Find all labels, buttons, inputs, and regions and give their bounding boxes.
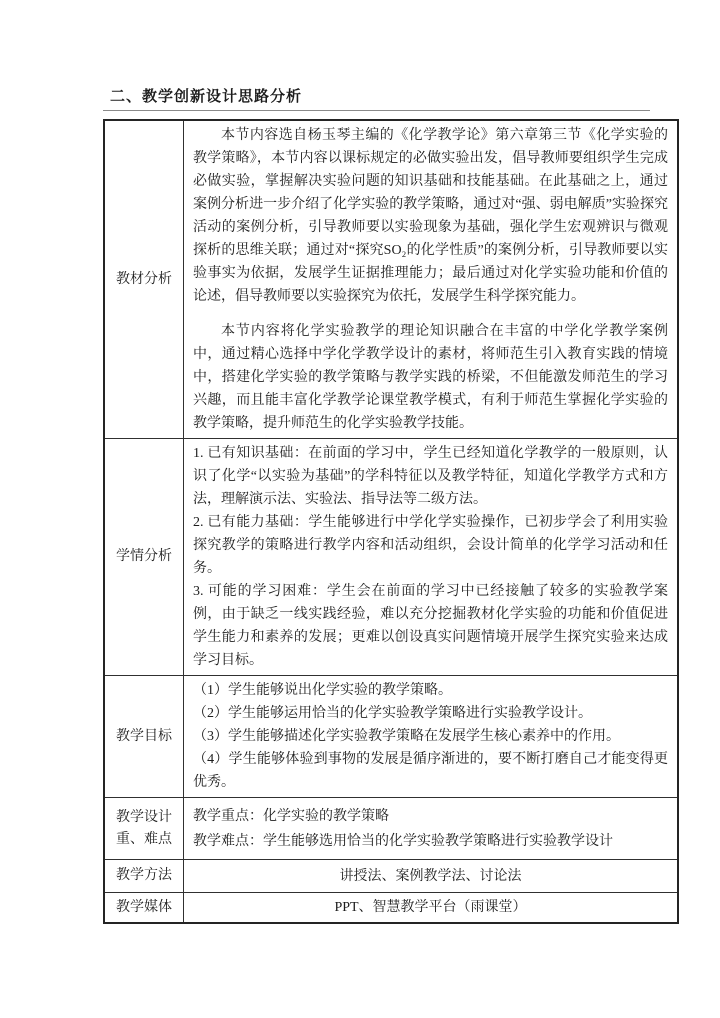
teaching-design-table: 教材分析 本节内容选自杨玉琴主编的《化学教学论》第六章第三节《化学实验的教学策略…	[103, 119, 679, 924]
row-label-learner-analysis: 学情分析	[104, 439, 184, 676]
key-points-label-line-2: 重、难点	[108, 829, 180, 851]
section-heading: 二、教学创新设计思路分析	[103, 85, 650, 111]
objective-item-4: （4）学生能够体验到事物的发展是循序渐进的，要不断打磨自己才能变得更优秀。	[193, 748, 668, 794]
row-label-media: 教学媒体	[104, 893, 184, 924]
row-label-material-analysis: 教材分析	[104, 120, 184, 439]
learner-analysis-item-3: 3. 可能的学习困难：学生会在前面的学习中已经接触了较多的实验教学案例，由于缺乏…	[193, 580, 668, 672]
teaching-difficulty-text: 教学难点：学生能够选用恰当的化学实验教学策略进行实验教学设计	[193, 829, 668, 854]
row-label-methods: 教学方法	[104, 860, 184, 893]
methods-value: 讲授法、案例教学法、讨论法	[184, 860, 679, 893]
learner-analysis-item-1: 1. 已有知识基础：在前面的学习中，学生已经知道化学教学的一般原则，认识了化学“…	[193, 442, 668, 511]
learner-analysis-cell: 1. 已有知识基础：在前面的学习中，学生已经知道化学教学的一般原则，认识了化学“…	[184, 439, 679, 676]
table-row-learner-analysis: 学情分析 1. 已有知识基础：在前面的学习中，学生已经知道化学教学的一般原则，认…	[104, 439, 678, 676]
table-row-methods: 教学方法 讲授法、案例教学法、讨论法	[104, 860, 678, 893]
learner-analysis-item-2: 2. 已有能力基础：学生能够进行中学化学实验操作，已初步学会了利用实验探究教学的…	[193, 511, 668, 580]
document-page: 二、教学创新设计思路分析 教材分析 本节内容选自杨玉琴主编的《化学教学论》第六章…	[0, 0, 720, 1018]
media-value: PPT、智慧教学平台（雨课堂）	[184, 893, 679, 924]
objective-item-1: （1）学生能够说出化学实验的教学策略。	[193, 679, 668, 702]
teaching-focus-text: 教学重点：化学实验的教学策略	[193, 804, 668, 829]
row-label-key-points: 教学设计 重、难点	[104, 798, 184, 860]
row-label-objectives: 教学目标	[104, 676, 184, 798]
objectives-cell: （1）学生能够说出化学实验的教学策略。 （2）学生能够运用恰当的化学实验教学策略…	[184, 676, 679, 798]
key-points-cell: 教学重点：化学实验的教学策略 教学难点：学生能够选用恰当的化学实验教学策略进行实…	[184, 798, 679, 860]
objective-item-3: （3）学生能够描述化学实验教学策略在发展学生核心素养中的作用。	[193, 725, 668, 748]
document-content: 二、教学创新设计思路分析 教材分析 本节内容选自杨玉琴主编的《化学教学论》第六章…	[103, 85, 650, 924]
material-analysis-paragraph-1: 本节内容选自杨玉琴主编的《化学教学论》第六章第三节《化学实验的教学策略》，本节内…	[193, 124, 668, 308]
material-analysis-paragraph-2: 本节内容将化学实验教学的理论知识融合在丰富的中学化学教学案例中，通过精心选择中学…	[193, 320, 668, 435]
material-analysis-cell: 本节内容选自杨玉琴主编的《化学教学论》第六章第三节《化学实验的教学策略》，本节内…	[184, 120, 679, 439]
table-row-media: 教学媒体 PPT、智慧教学平台（雨课堂）	[104, 893, 678, 924]
table-row-material-analysis: 教材分析 本节内容选自杨玉琴主编的《化学教学论》第六章第三节《化学实验的教学策略…	[104, 120, 678, 439]
table-row-key-points: 教学设计 重、难点 教学重点：化学实验的教学策略 教学难点：学生能够选用恰当的化…	[104, 798, 678, 860]
key-points-label-line-1: 教学设计	[108, 807, 180, 829]
table-row-objectives: 教学目标 （1）学生能够说出化学实验的教学策略。 （2）学生能够运用恰当的化学实…	[104, 676, 678, 798]
objective-item-2: （2）学生能够运用恰当的化学实验教学策略进行实验教学设计。	[193, 702, 668, 725]
